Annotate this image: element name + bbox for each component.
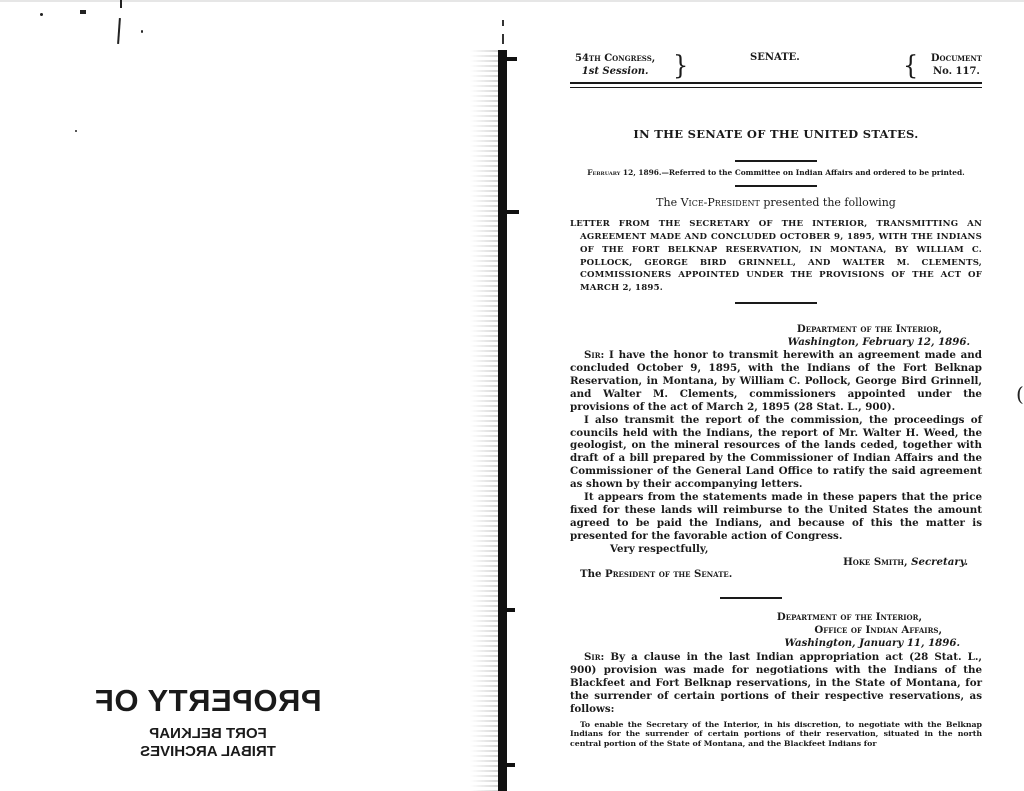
section-rule	[720, 597, 782, 599]
document-no: No. 117.	[931, 65, 982, 78]
scan-speck	[40, 13, 43, 16]
stamp-line-property-of: PROPERTY OF	[88, 684, 328, 718]
letter1-addressee: The President of the Senate.	[570, 568, 982, 581]
scan-speck	[75, 130, 77, 132]
gutter-mark	[502, 34, 504, 44]
brace-left: {	[903, 52, 918, 78]
letter2-place-date: Washington, January 11, 1896.	[570, 637, 982, 650]
chamber-label: SENATE.	[750, 52, 800, 65]
congress-session: 54th Congress, 1st Session.	[575, 52, 655, 78]
gutter-shadow	[470, 50, 500, 791]
document-label: Document	[931, 52, 982, 65]
letter1-signature: Hoke Smith, Secretary.	[570, 556, 982, 569]
letter1-department: Department of the Interior,	[570, 323, 982, 336]
session-label: 1st Session.	[575, 65, 655, 78]
scan-edge-mark: (	[1016, 382, 1024, 406]
book-binding-edge	[498, 50, 507, 791]
letter1-salutation: Sir	[584, 349, 601, 361]
gutter-tab	[505, 608, 515, 612]
brace-right: }	[673, 52, 688, 78]
letter1-closing: Very respectfully,	[570, 543, 982, 556]
referral-note: February 12, 1896.—Referred to the Commi…	[570, 168, 982, 178]
left-page: PROPERTY OF FORT BELKNAP TRIBAL ARCHIVES	[0, 0, 500, 791]
scan-speck	[80, 10, 86, 14]
gutter-tab	[505, 57, 517, 61]
section-rule	[735, 160, 817, 162]
scan-mark	[117, 18, 121, 44]
section-rule	[735, 185, 817, 187]
letter1-paragraph: Sir: I have the honor to transmit herewi…	[570, 349, 982, 414]
document-page: 54th Congress, 1st Session. } SENATE. { …	[570, 52, 982, 748]
signer-name: Hoke Smith,	[843, 556, 907, 568]
presented-line: The Vice-President presented the followi…	[570, 197, 982, 210]
letter1-place-date: Washington, February 12, 1896.	[570, 336, 982, 349]
archive-stamp-mirrored: PROPERTY OF FORT BELKNAP TRIBAL ARCHIVES	[88, 684, 328, 761]
signer-title: Secretary.	[911, 556, 968, 568]
letter2-salutation: Sir	[584, 651, 601, 663]
letter1-paragraph: It appears from the statements made in t…	[570, 491, 982, 543]
document-title: IN THE SENATE OF THE UNITED STATES.	[570, 128, 982, 141]
gutter-mark	[502, 20, 504, 26]
document-number: Document No. 117.	[931, 52, 982, 78]
letter2-office: Office of Indian Affairs,	[570, 624, 982, 637]
letter1-heading: Department of the Interior, Washington, …	[570, 323, 982, 349]
header-rule	[570, 82, 982, 88]
referral-date: February	[587, 168, 620, 177]
section-rule	[735, 302, 817, 304]
gutter-tab	[505, 210, 519, 214]
referral-text: 12, 1896.—Referred to the Committee on I…	[620, 168, 964, 177]
scan-mark	[120, 0, 122, 8]
stamp-line-fort-belknap: FORT BELKNAP	[88, 725, 328, 743]
statute-quote: To enable the Secretary of the Interior,…	[570, 720, 982, 749]
gutter-tab	[505, 763, 515, 767]
stamp-line-tribal-archives: TRIBAL ARCHIVES	[88, 743, 328, 761]
document-header: 54th Congress, 1st Session. } SENATE. { …	[570, 52, 982, 82]
scan-speck	[141, 30, 143, 33]
presenting-officer: Vice-President	[681, 196, 760, 209]
letter2-paragraph: Sir: By a clause in the last Indian appr…	[570, 651, 982, 716]
letter2-heading: Department of the Interior, Office of In…	[570, 611, 982, 649]
congress-label: 54th Congress,	[575, 52, 655, 65]
letter-title: LETTER FROM THE SECRETARY OF THE INTERIO…	[570, 218, 982, 295]
letter2-department: Department of the Interior,	[570, 611, 982, 624]
letter1-paragraph: I also transmit the report of the commis…	[570, 414, 982, 491]
